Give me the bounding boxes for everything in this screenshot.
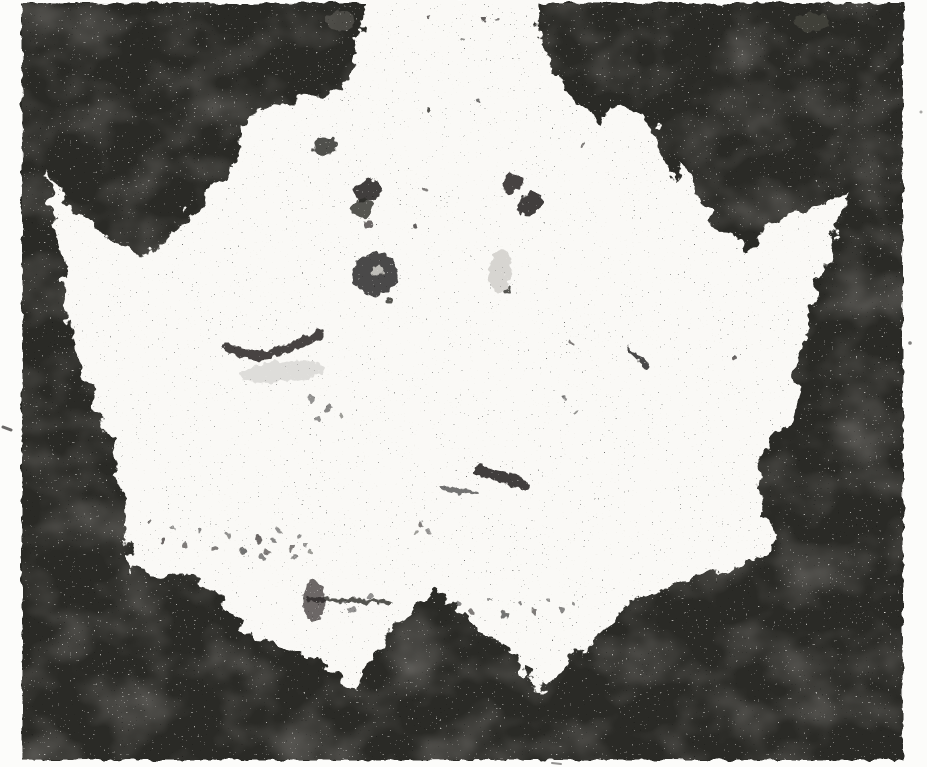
margin-speck-right-2: [920, 111, 923, 114]
margin-speck-bottom: [552, 763, 561, 764]
scanned-photograph: [0, 0, 927, 767]
margin-speck-right-1: [908, 341, 912, 345]
page: [0, 0, 927, 767]
pepper-grain-texture: [22, 3, 903, 760]
